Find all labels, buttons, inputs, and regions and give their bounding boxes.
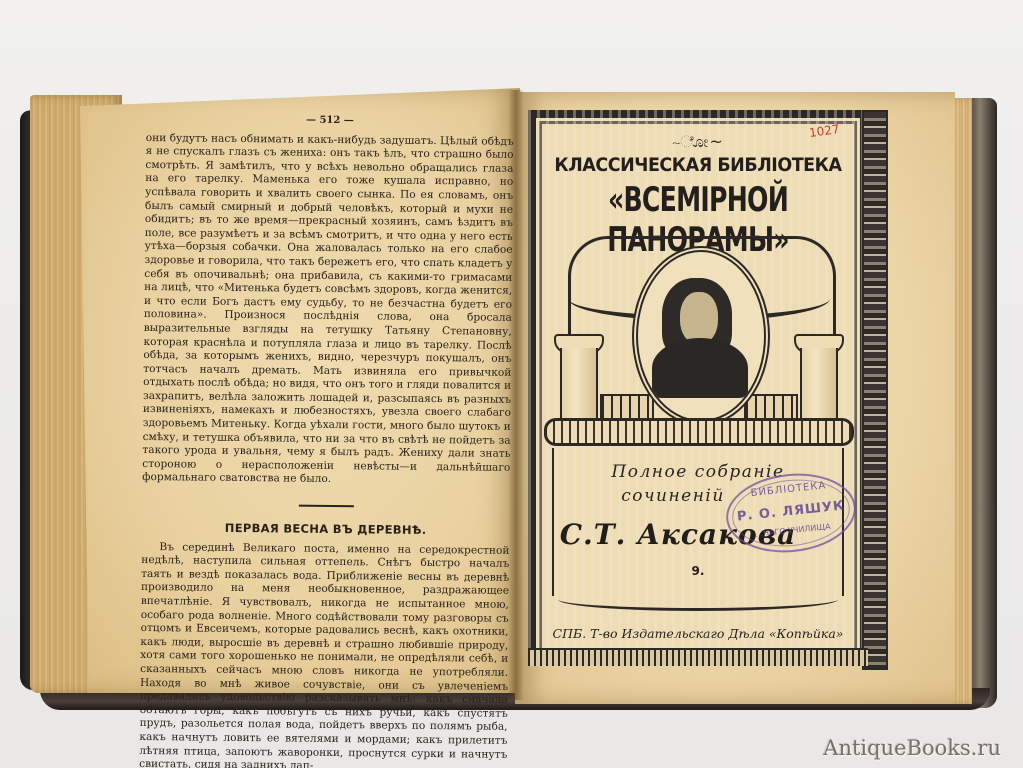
watermark: AntiqueBooks.ru [823,736,1001,760]
ornamental-bottom-band [528,648,868,666]
scroll-flourish [558,588,838,611]
title-page-frame: 1027 ~ೋ~ КЛАССИЧЕСКАЯ БИБЛІОТЕКА «ВСЕМІР… [528,110,868,666]
inventory-number: 1027 [809,122,841,140]
volume-number: 9. [536,564,860,578]
left-page-text: — 512 — они будутъ насъ обнимать и какъ-… [139,112,514,768]
section-title: ПЕРВАЯ ВЕСНА ВЪ ДЕРЕВНѢ. [142,521,510,538]
page-number: — 512 — [146,112,514,129]
ornamental-side-band [862,110,888,670]
paragraph: Въ серединѣ Великаго поста, именно на се… [139,541,509,768]
portrait-illustration [544,236,854,446]
series-title-line-1: КЛАССИЧЕСКАЯ БИБЛІОТЕКА [549,154,847,176]
section-divider [298,505,353,508]
portrait-body [652,338,748,398]
portrait-face [680,292,718,344]
paragraph: они будутъ насъ обнимать и какъ-нибудь з… [142,132,514,489]
shelf-ornament [544,418,854,446]
publisher-line: СПБ. Т-во Издательскаго Дѣла «Копѣйка» [536,626,860,641]
scroll-ornament-icon: ~ೋ~ [672,132,724,152]
author-portrait-medallion [632,246,770,426]
photo-scene: — 512 — они будутъ насъ обнимать и какъ-… [0,0,1023,768]
